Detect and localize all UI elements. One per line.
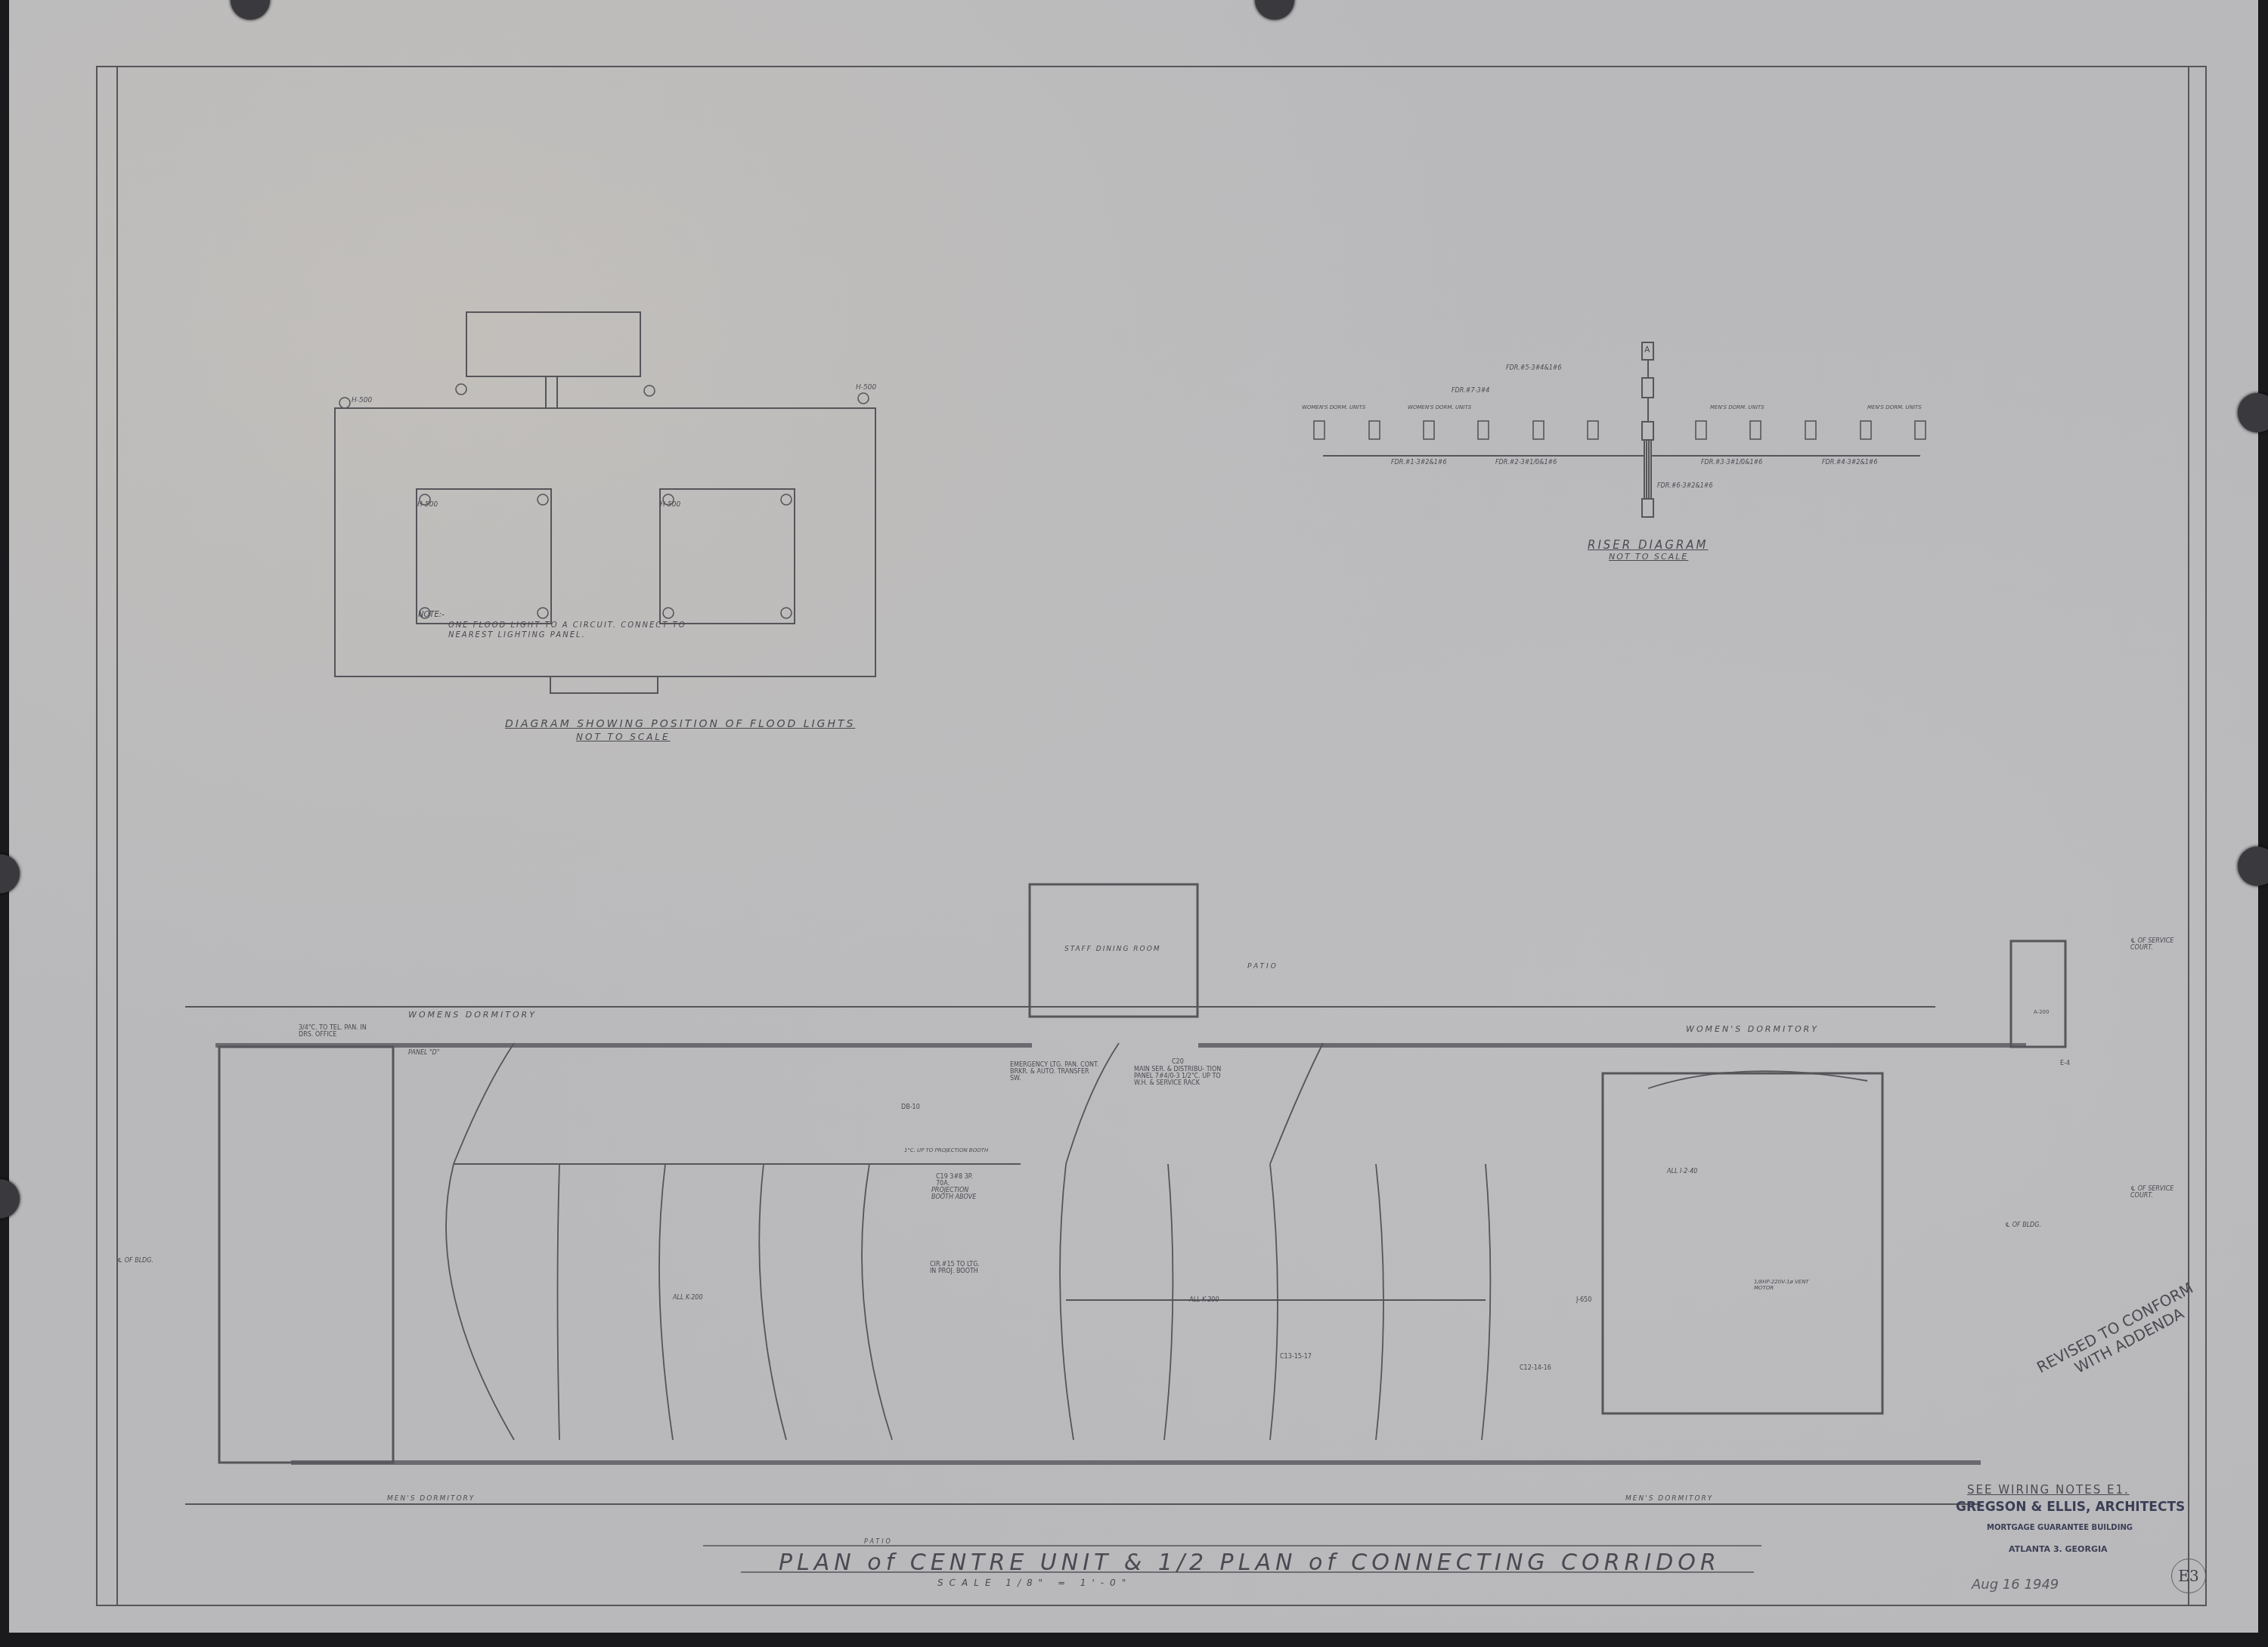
annotation-all-i240: ALL I-2-40 xyxy=(1667,1168,1697,1175)
floor-plan xyxy=(185,884,2065,1572)
see-wiring-notes: SEE WIRING NOTES E1. xyxy=(1967,1483,2130,1497)
annotation-up-to-booth: 1"C. UP TO PROJECTION BOOTH xyxy=(904,1147,995,1153)
annotation-db10: DB-10 xyxy=(901,1104,920,1110)
annotation-vent-motor: 1/8HP-220V-1ø VENT MOTOR xyxy=(1754,1279,1814,1291)
annotation-main-service: MAIN SER. & DISTRIBU- TION PANEL 7#4/0-3… xyxy=(1134,1066,1232,1086)
annotation-all-k200: ALL K-200 xyxy=(1189,1296,1219,1303)
annotation-c131517: C13-15-17 xyxy=(1280,1353,1312,1360)
room-patio: PATIO xyxy=(1247,963,1278,971)
riser-group-2-label: WOMEN'S DORM. UNITS xyxy=(1408,404,1471,410)
drawing-canvas xyxy=(0,0,2268,1647)
riser-title: RISER DIAGRAM xyxy=(1588,538,1709,552)
annotation-tel-pan: 3/4"C. TO TEL. PAN. IN DRS. OFFICE xyxy=(299,1024,382,1038)
room-womens-dorm-left: WOMENS DORMITORY xyxy=(408,1010,537,1020)
flood-diagram-subtitle: NOT TO SCALE xyxy=(576,732,671,742)
annotation-service-court: ℄ OF SERVICE COURT. xyxy=(2130,1185,2191,1199)
room-staff-dining: STAFF DINING ROOM xyxy=(1064,946,1160,953)
annotation-cir15: CIR.#15 TO LTG. IN PROJ. BOOTH xyxy=(930,1261,983,1274)
riser-feeder-5: FDR.#5-3#4&1#6 xyxy=(1506,364,1562,371)
fixture-label: H-500 xyxy=(352,397,372,404)
room-mens-dorm-right: MEN'S DORMITORY xyxy=(1625,1495,1713,1503)
drawing-title: PLAN of CENTRE UNIT & 1/2 PLAN of CONNEC… xyxy=(779,1549,1721,1576)
sheet-number: E3 xyxy=(2178,1567,2198,1585)
annotation-e4: E-4 xyxy=(2060,1060,2070,1067)
drawing-scale: SCALE 1/8" = 1'-0" xyxy=(937,1577,1132,1588)
flood-diagram-title: DIAGRAM SHOWING POSITION OF FLOOD LIGHTS xyxy=(505,718,855,730)
annotation-centerline-bldg: ℄ OF BLDG. xyxy=(117,1257,153,1264)
firm-city: ATLANTA 3. GEORGIA xyxy=(2009,1544,2108,1554)
annotation-j650: J-650 xyxy=(1576,1296,1591,1303)
flood-note-heading: NOTE:- xyxy=(418,611,445,619)
annotation-c19: C19 3#8 3P. 70A. xyxy=(936,1173,981,1187)
riser-feeder-2: FDR.#2-3#1/0&1#6 xyxy=(1495,459,1557,466)
flood-light-diagram xyxy=(335,312,875,693)
riser-subtitle: NOT TO SCALE xyxy=(1609,552,1688,562)
room-mens-dorm-left: MEN'S DORMITORY xyxy=(387,1495,475,1503)
room-womens-dorm-right: WOMEN'S DORMITORY xyxy=(1686,1024,1819,1034)
flood-note-line1: ONE FLOOD LIGHT TO A CIRCUIT. CONNECT TO xyxy=(448,621,686,630)
fixture-label: H-500 xyxy=(417,501,438,509)
firm-building: MORTGAGE GUARANTEE BUILDING xyxy=(1987,1524,2133,1532)
annotation-c20: C20 xyxy=(1172,1058,1184,1065)
annotation-a200: A-200 xyxy=(2034,1009,2050,1015)
annotation-service-court: ℄ OF SERVICE COURT. xyxy=(2130,937,2191,951)
fixture-label: H-500 xyxy=(660,501,680,509)
annotation-all-k200: ALL K-200 xyxy=(673,1294,703,1301)
flood-note-line2: NEAREST LIGHTING PANEL. xyxy=(448,631,586,639)
annotation-panel-d: PANEL "D" xyxy=(408,1049,439,1056)
riser-feeder-6: FDR.#6-3#2&1#6 xyxy=(1657,482,1713,489)
riser-group-1-label: WOMEN'S DORM. UNITS xyxy=(1302,404,1365,410)
annotation-c121416: C12-14-16 xyxy=(1520,1364,1551,1371)
sheet-number-badge: E3 xyxy=(2171,1559,2206,1593)
room-patio: PATIO xyxy=(864,1538,893,1545)
signature-date: Aug 16 1949 xyxy=(1972,1577,2059,1593)
annotation-emergency-panel: EMERGENCY LTG. PAN. CONT. BRKR. & AUTO. … xyxy=(1010,1061,1101,1082)
riser-feeder-7: FDR.#7-3#4 xyxy=(1452,387,1489,394)
wiring-circuits xyxy=(446,1043,1867,1440)
annotation-centerline-bldg: ℄ OF BLDG. xyxy=(2005,1221,2041,1228)
riser-group-3-label: MEN'S DORM. UNITS xyxy=(1710,404,1765,410)
riser-feeder-3: FDR.#3-3#1/0&1#6 xyxy=(1701,459,1762,466)
riser-panel-a: A xyxy=(1644,345,1650,354)
room-projection-booth: PROJECTION BOOTH ABOVE xyxy=(931,1187,984,1200)
riser-group-4-label: MEN'S DORM. UNITS xyxy=(1867,404,1922,410)
riser-feeder-1: FDR.#1-3#2&1#6 xyxy=(1391,459,1447,466)
firm-name: GREGSON & ELLIS, ARCHITECTS xyxy=(1956,1500,2185,1515)
riser-diagram xyxy=(1314,342,1926,517)
riser-feeder-4: FDR.#4-3#2&1#6 xyxy=(1822,459,1878,466)
fixture-label: H-500 xyxy=(856,384,876,392)
